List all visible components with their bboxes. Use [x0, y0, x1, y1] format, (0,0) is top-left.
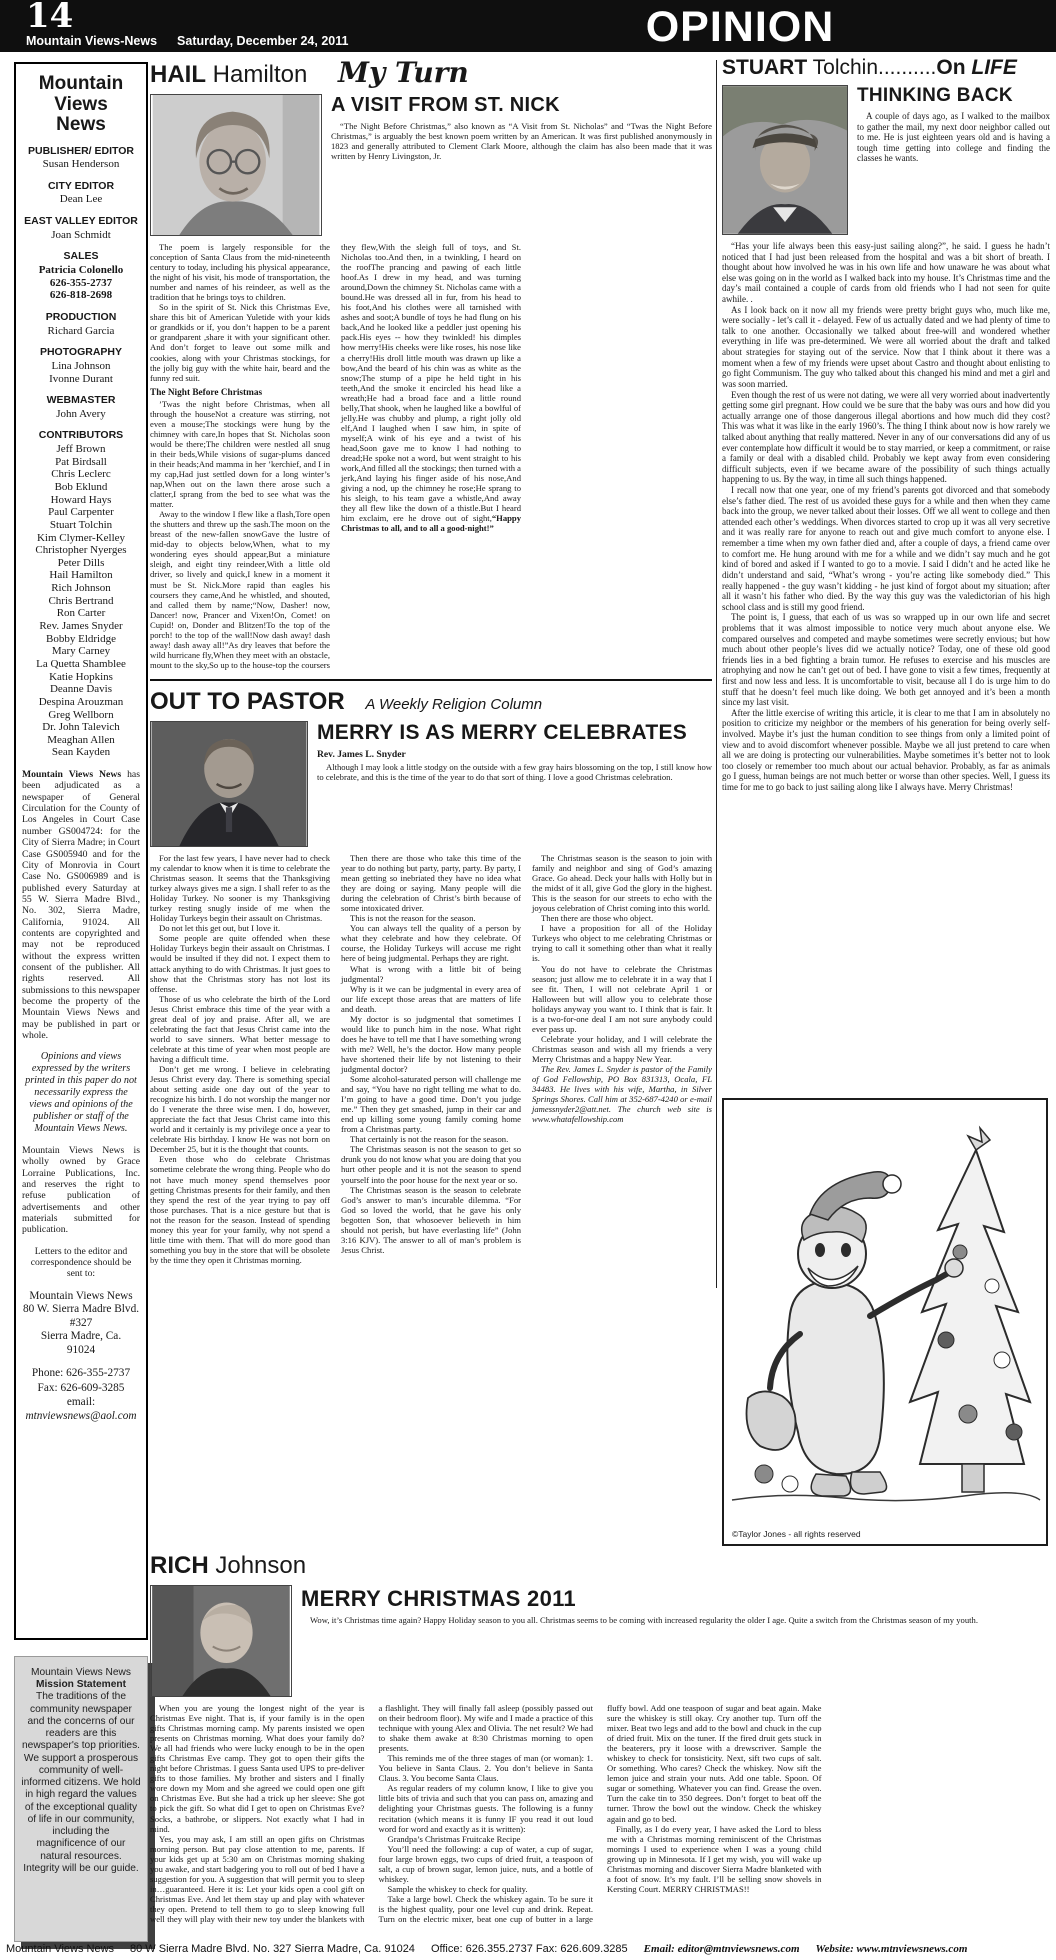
pastor-headline: MERRY IS AS MERRY CELEBRATES — [317, 722, 712, 744]
kicker-on: On — [936, 56, 965, 79]
staff-block: WEBMASTER John Avery — [22, 394, 140, 420]
vertical-divider — [716, 60, 717, 1288]
staff-role: PRODUCTION — [22, 311, 140, 325]
article-paragraph: The Christmas season is the season to jo… — [532, 853, 712, 913]
staff-list: PUBLISHER/ EDITOR Susan Henderson CITY E… — [22, 145, 140, 760]
page-header-bar: 14 Mountain Views-NewsSaturday, December… — [0, 0, 1056, 52]
rich-kicker: RICH Johnson — [150, 1552, 1050, 1580]
phone-number: Phone: 626-355-2737 — [22, 1366, 140, 1380]
article-paragraph: As regular readers of my column know, I … — [379, 1783, 594, 1833]
article-paragraph: Sample the whiskey to check for quality. — [379, 1884, 594, 1894]
article-paragraph: The point is, I guess, that each of us w… — [722, 612, 1050, 707]
staff-names: Dean Lee — [22, 193, 140, 206]
mailing-address: Mountain Views News 80 W. Sierra Madre B… — [22, 1290, 140, 1358]
tolchin-paragraphs: “Has your life always been this easy-jus… — [722, 241, 1050, 793]
staff-block: CITY EDITOR Dean Lee — [22, 180, 140, 206]
ownership-notice: Mountain Views News is wholly owned by G… — [22, 1145, 140, 1236]
footer-email: Email: editor@mtnviewsnews.com — [644, 1943, 800, 1955]
email-address: mtnviewsnews@aol.com — [22, 1409, 140, 1423]
staff-names: Lina Johnson Ivonne Durant — [22, 360, 140, 385]
article-paragraph: Even though the rest of us were not dati… — [722, 390, 1050, 485]
staff-names: John Avery — [22, 408, 140, 421]
stuart-tolchin-photo — [722, 85, 848, 235]
article-paragraph: Some people are quite offended when thes… — [150, 933, 330, 993]
grinch-christmas-cartoon — [724, 1100, 1046, 1544]
kicker-first-name: HAIL — [150, 61, 206, 88]
column-brand: My Turn — [338, 56, 469, 89]
article-paragraph: Do not let this get out, but I love it. — [150, 923, 330, 933]
article-paragraph: Those of us who celebrate the birth of t… — [150, 994, 330, 1064]
james-snyder-photo — [150, 721, 308, 847]
adjudication-lead: Mountain Views News — [22, 769, 121, 780]
article-paragraph: Don’t get me wrong. I believe in celebra… — [150, 1064, 330, 1154]
article-paragraph: “Has your life always been this easy-jus… — [722, 241, 1050, 305]
footer-email-value: editor@mtnviewsnews.com — [678, 1943, 800, 1955]
tolchin-head-row: THINKING BACK A couple of days ago, as I… — [722, 85, 1050, 235]
article-paragraph: As I look back on it now all my friends … — [722, 305, 1050, 390]
article-paragraph: Celebrate your holiday, and I will celeb… — [532, 1034, 712, 1064]
staff-role: WEBMASTER — [22, 394, 140, 408]
tolchin-headline: THINKING BACK — [857, 86, 1050, 106]
masthead-name: Mountain Views-News — [26, 34, 157, 48]
kicker-dots: .......... — [878, 56, 936, 79]
hamilton-headline: A VISIT FROM ST. NICK — [331, 95, 712, 116]
hamilton-body: The poem is largely responsible for the … — [150, 242, 712, 670]
pastor-column-subtitle: A Weekly Religion Column — [365, 696, 542, 713]
horizontal-divider — [150, 679, 712, 681]
tolchin-body: “Has your life always been this easy-jus… — [722, 241, 1050, 1083]
article-paragraph: So in the spirit of St. Nick this Christ… — [150, 302, 330, 382]
footer-website: Website: www.mtnviewsnews.com — [816, 1943, 968, 1955]
footer-office-fax: Office: 626.355.2737 Fax: 626.609.3285 — [431, 1943, 628, 1955]
page-number: 14 — [26, 0, 73, 36]
article-paragraph: Finally, as I do every year, I have aske… — [607, 1824, 822, 1894]
article-paragraph: When you are young the longest night of … — [150, 1703, 365, 1834]
hamilton-head-right: A VISIT FROM ST. NICK “The Night Before … — [322, 94, 712, 236]
footer-website-value: www.mtnviewsnews.com — [857, 1943, 968, 1955]
opinions-disclaimer: Opinions and views expressed by the writ… — [22, 1051, 140, 1135]
poem-title: The Night Before Christmas — [150, 388, 330, 398]
staff-block: PRODUCTION Richard Garcia — [22, 311, 140, 337]
fax-number: Fax: 626-609-3285 — [22, 1381, 140, 1395]
rich-head-right: MERRY CHRISTMAS 2011 Wow, it’s Christmas… — [292, 1585, 1050, 1697]
newspaper-page: 14 Mountain Views-NewsSaturday, December… — [0, 0, 1056, 1960]
article-paragraph: The poem is largely responsible for the … — [150, 242, 330, 302]
pastor-head-right: MERRY IS AS MERRY CELEBRATES Rev. James … — [308, 721, 712, 847]
pastor-intro: Although I may look a little stodgy on t… — [317, 762, 712, 782]
hamilton-kicker: HAIL Hamilton My Turn — [150, 56, 712, 89]
kicker-last-name: Hamilton — [213, 61, 308, 88]
staff-names: Susan Henderson — [22, 158, 140, 171]
article-paragraph: The Christmas season is not the season t… — [341, 1144, 521, 1184]
article-paragraph: Then there are those who object. — [532, 913, 712, 923]
pastor-head-row: MERRY IS AS MERRY CELEBRATES Rev. James … — [150, 721, 712, 847]
email-label: email: — [22, 1395, 140, 1409]
mission-statement-box: Mountain Views News Mission Statement Th… — [14, 1656, 148, 1942]
article-paragraph: You do not have to celebrate the Christm… — [532, 964, 712, 1034]
portrait-illustration — [151, 1586, 291, 1696]
mission-title-line1: Mountain Views News — [21, 1667, 141, 1679]
article-paragraph: Some alcohol-saturated person will chall… — [341, 1074, 521, 1134]
kicker-last-name: Tolchin — [813, 56, 878, 79]
kicker-life: LIFE — [971, 56, 1017, 79]
issue-date: Saturday, December 24, 2011 — [177, 34, 348, 48]
article-paragraph: Why is it we can be judgmental in every … — [341, 984, 521, 1014]
rich-intro: Wow, it’s Christmas time again? Happy Ho… — [301, 1615, 1050, 1625]
footer-website-label: Website: — [816, 1943, 854, 1955]
page-footer: Mountain Views News 80 W Sierra Madre Bl… — [6, 1939, 1052, 1959]
poem-paragraph: ’Twas the night before Christmas, when a… — [150, 399, 330, 510]
staff-names: Richard Garcia — [22, 325, 140, 338]
staff-block: PHOTOGRAPHY Lina Johnson Ivonne Durant — [22, 346, 140, 385]
rich-body: When you are young the longest night of … — [150, 1703, 1050, 1933]
staff-names: Jeff Brown Pat Birdsall Chris Leclerc Bo… — [22, 443, 140, 759]
staff-role: EAST VALLEY EDITOR — [22, 215, 140, 229]
article-paragraph: I have a proposition for all of the Holi… — [532, 923, 712, 963]
portrait-illustration — [151, 722, 307, 846]
article-merry-is-as-merry-celebrates: OUT TO PASTOR A Weekly Religion Column M… — [150, 688, 712, 1286]
adjudication-notice: Mountain Views News has been adjudicated… — [22, 769, 140, 1041]
pastor-column-title: OUT TO PASTOR — [150, 688, 345, 715]
article-paragraph: This is not the reason for the season. — [341, 913, 521, 923]
staff-names: Joan Schmidt — [22, 229, 140, 242]
article-paragraph: After the little exercise of writing thi… — [722, 708, 1050, 793]
staff-block: EAST VALLEY EDITOR Joan Schmidt — [22, 215, 140, 241]
mission-title-line2: Mission Statement — [21, 1679, 141, 1691]
article-visit-from-st-nick: HAIL Hamilton My Turn A VISIT FR — [150, 56, 712, 676]
editorial-cartoon-box: ©Taylor Jones - all rights reserved — [722, 1098, 1048, 1546]
hail-hamilton-photo — [150, 94, 322, 236]
rich-paragraphs: When you are young the longest night of … — [150, 1703, 822, 1933]
staff-block: SALES Patricia Colonello 626-355-2737 62… — [22, 250, 140, 302]
article-paragraph: Grandpa’s Christmas Fruitcake Recipe — [379, 1834, 594, 1844]
footer-address: 80 W Sierra Madre Blvd. No. 327 Sierra M… — [130, 1943, 415, 1955]
article-thinking-back: STUART Tolchin..........On LIFE THINKING… — [722, 56, 1050, 1090]
article-paragraph: For the last few years, I have never had… — [150, 853, 330, 923]
article-paragraph: The Christmas season is the season to ce… — [341, 1185, 521, 1255]
kicker-last-name: Johnson — [215, 1552, 306, 1579]
kicker-first-name: STUART — [722, 56, 807, 79]
staff-role: CITY EDITOR — [22, 180, 140, 194]
rich-headline: MERRY CHRISTMAS 2011 — [301, 1587, 1050, 1610]
footer-paper-name: Mountain Views News — [6, 1943, 114, 1955]
hamilton-intro: “The Night Before Christmas,” also known… — [331, 121, 712, 161]
pastor-kicker: OUT TO PASTOR A Weekly Religion Column — [150, 688, 712, 716]
portrait-illustration — [151, 95, 321, 235]
staff-role: SALES — [22, 250, 140, 264]
rich-johnson-photo — [150, 1585, 292, 1697]
rich-head-row: MERRY CHRISTMAS 2011 Wow, it’s Christmas… — [150, 1585, 1050, 1697]
article-paragraph: Then there are those who take this time … — [341, 853, 521, 913]
cartoon-credit: ©Taylor Jones - all rights reserved — [732, 1529, 861, 1539]
article-paragraph: What is wrong with a little bit of being… — [341, 964, 521, 984]
staff-names: Patricia Colonello 626-355-2737 626-818-… — [22, 264, 140, 302]
pastor-body: For the last few years, I have never had… — [150, 853, 712, 1273]
staff-role: PUBLISHER/ EDITOR — [22, 145, 140, 159]
article-paragraph: That certainly is not the reason for the… — [341, 1134, 521, 1144]
tolchin-kicker: STUART Tolchin..........On LIFE — [722, 56, 1050, 80]
ownership-text: Mountain Views News is wholly owned by G… — [22, 1145, 140, 1235]
masthead-line: Mountain Views-NewsSaturday, December 24… — [26, 34, 348, 48]
footer-email-label: Email: — [644, 1943, 675, 1955]
adjudication-text: has been adjudicated as a newspaper of G… — [22, 769, 140, 1041]
staff-role: CONTRIBUTORS — [22, 429, 140, 443]
tolchin-intro: A couple of days ago, as I walked to the… — [857, 111, 1050, 164]
tolchin-head-right: THINKING BACK A couple of days ago, as I… — [848, 85, 1050, 235]
letters-notice: Letters to the editor and correspondence… — [22, 1246, 140, 1280]
staff-block: PUBLISHER/ EDITOR Susan Henderson — [22, 145, 140, 171]
staff-block: CONTRIBUTORS Jeff Brown Pat Birdsall Chr… — [22, 429, 140, 759]
article-paragraph: Even those who do celebrate Christmas so… — [150, 1154, 330, 1265]
masthead-sidebar: Mountain Views News PUBLISHER/ EDITOR Su… — [14, 62, 148, 1640]
hamilton-paragraphs: The poem is largely responsible for the … — [150, 242, 330, 383]
staff-role: PHOTOGRAPHY — [22, 346, 140, 360]
article-paragraph: You can always tell the quality of a per… — [341, 923, 521, 963]
section-title: OPINION — [590, 0, 890, 52]
pastor-tagline: The Rev. James L. Snyder is pastor of th… — [532, 1064, 712, 1124]
sidebar-paper-title: Mountain Views News — [22, 74, 140, 136]
kicker-first-name: RICH — [150, 1552, 209, 1579]
portrait-illustration — [723, 86, 847, 234]
article-paragraph: This reminds me of the three stages of m… — [379, 1753, 594, 1783]
contact-block: Phone: 626-355-2737 Fax: 626-609-3285 em… — [22, 1366, 140, 1422]
mission-body: The traditions of the community newspape… — [21, 1691, 141, 1875]
pastor-byline: Rev. James L. Snyder — [317, 749, 712, 760]
article-merry-christmas-2011: RICH Johnson MERRY CHRISTMAS 2011 Wow, i… — [150, 1552, 1050, 1936]
article-paragraph: You’ll need the following: a cup of wate… — [379, 1844, 594, 1884]
article-paragraph: I recall now that one year, one of my fr… — [722, 485, 1050, 612]
article-paragraph: My doctor is so judgmental that sometime… — [341, 1014, 521, 1074]
hamilton-head-row: A VISIT FROM ST. NICK “The Night Before … — [150, 94, 712, 236]
